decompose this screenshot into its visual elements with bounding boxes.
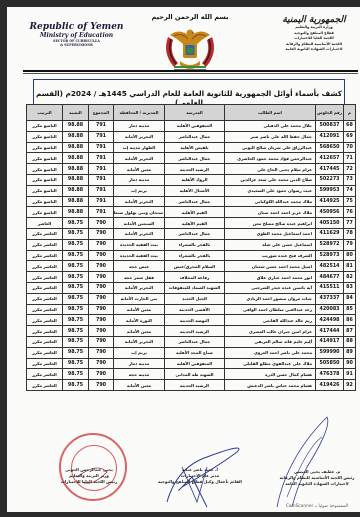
cell-seat: 528972: [316, 239, 344, 250]
cell-percent: 98.75: [63, 315, 89, 326]
cell-percent: 98.88: [63, 153, 89, 164]
cell-school: الرواد الأهلية: [165, 174, 225, 185]
cell-seat: 417445: [316, 164, 344, 175]
cell-percent: 98.88: [63, 164, 89, 175]
cell-total: 791: [89, 131, 114, 142]
cell-rank: العاشر مكرر: [27, 326, 63, 337]
cell-school: الجيل الجديد: [165, 293, 225, 304]
cell-district: يريم إب: [114, 185, 165, 196]
cell-rank: العاشر مكرر: [27, 304, 63, 315]
table-row: 71412657عبدالرحمن فؤاد محمد حمود الحاضري…: [27, 153, 356, 164]
basmala: بسم الله الرحمن الرحيم: [145, 13, 235, 21]
cell-percent: 98.75: [63, 347, 89, 358]
table-row: 84437337جنات مروان منصور احمد الزياديالج…: [27, 293, 356, 304]
cell-rank: العاشر مكرر: [27, 347, 63, 358]
cell-school: بلقيس الأهلية: [165, 142, 225, 153]
cell-district: مدينة حجة: [114, 369, 165, 380]
cell-name: آية ياسين عبده حيدر الشرجبي: [225, 282, 316, 293]
cell-index: 80: [344, 250, 356, 261]
cell-percent: 98.88: [63, 131, 89, 142]
cell-district: التحرير الأمانة: [114, 153, 165, 164]
cell-seat: 505850: [316, 358, 344, 369]
cell-seat: 412091: [316, 131, 344, 142]
cell-percent: 98.75: [63, 304, 89, 315]
col-header-index: م: [344, 105, 356, 121]
cell-total: 790: [89, 218, 114, 229]
cell-percent: 98.75: [63, 272, 89, 283]
table-row: 87417444عزام امين جبران غالب المصريالرشي…: [27, 326, 356, 337]
cell-seat: 450956: [316, 207, 344, 218]
col-header-percent: النسبة: [63, 105, 89, 121]
cell-rank: العاشر مكرر: [27, 261, 63, 272]
cell-district: مدينة ذمار: [114, 121, 165, 132]
cell-name: ملاك علي عبدالقوي مطلع القليلي: [225, 358, 316, 369]
table-row: 82484677انور محمد احمد غباري علاقرفاعة ا…: [27, 272, 356, 283]
cell-rank: العاشر مكرر: [27, 239, 63, 250]
cell-school: المتفوقين الأهلية: [165, 121, 225, 132]
cell-total: 790: [89, 380, 114, 391]
cell-total: 790: [89, 347, 114, 358]
cell-school: الأقصى الحديثة: [165, 304, 225, 315]
cell-rank: العاشر مكرر: [27, 315, 63, 326]
cell-school: بالفجر بالشعراء: [165, 239, 225, 250]
cell-index: 91: [344, 369, 356, 380]
cell-percent: 98.88: [63, 207, 89, 218]
cell-district: بيت الفقيه الحديدة: [114, 239, 165, 250]
cell-rank: التاسع مكرر: [27, 142, 63, 153]
cell-name: اسماعيل حسن علي شلة: [225, 239, 316, 250]
header-arabic-exams: لاختبارات الشهادة الثانوية العامة: [269, 47, 359, 53]
header-arabic-country: الجمهورية اليمنية: [269, 15, 359, 25]
table-row: 83415511آية ياسين عبده حيدر الشرجبيالشهي…: [27, 282, 356, 293]
table-row: 73502273صلاح الدين محمد علي سعد عزالدينا…: [27, 174, 356, 185]
cell-percent: 98.75: [63, 293, 89, 304]
cell-district: الثورة الأمانة: [114, 315, 165, 326]
cell-index: 84: [344, 293, 356, 304]
cell-index: 79: [344, 239, 356, 250]
cell-index: 83: [344, 282, 356, 293]
cell-percent: 98.88: [63, 121, 89, 132]
cell-rank: العاشر مكرر: [27, 272, 63, 283]
cell-seat: 568650: [316, 142, 344, 153]
cell-district: السبعين الأمانة: [114, 218, 165, 229]
table-row: 81482514اصيل محمد احمد حسن شعبانالسلام ا…: [27, 261, 356, 272]
cell-rank: العاشر مكرر: [27, 250, 63, 261]
cell-name: رغد عبدالغني سلطان احمد الوافي: [225, 304, 316, 315]
signer-title-middle-2: القائم بأعمال وكيل قطاع المناهج والتوجيه: [155, 479, 245, 485]
table-row: 85420083رغد عبدالغني سلطان احمد الوافيال…: [27, 304, 356, 315]
cell-rank: التاسع مكرر: [27, 131, 63, 142]
cell-seat: 528973: [316, 250, 344, 261]
cell-seat: 476378: [316, 369, 344, 380]
cell-percent: 98.75: [63, 358, 89, 369]
cell-rank: العاشر مكرر: [27, 369, 63, 380]
cell-seat: 415511: [316, 282, 344, 293]
cell-index: 92: [344, 380, 356, 391]
cell-school: المتفوقين الأهلية: [165, 358, 225, 369]
cell-seat: 482514: [316, 261, 344, 272]
cell-name: ملاك محمد عبدالله الكوكباني: [225, 196, 316, 207]
cell-seat: 420083: [316, 304, 344, 315]
cell-district: بني الحارث الأمانة: [114, 293, 165, 304]
cell-percent: 98.75: [63, 336, 89, 347]
cell-school: جمال عبدالناصر: [165, 196, 225, 207]
table-row: 79528972اسماعيل حسن علي شلةبالفجر بالشعر…: [27, 239, 356, 250]
col-header-total: المجموع: [89, 105, 114, 121]
cell-rank: التاسع مكرر: [27, 164, 63, 175]
cell-total: 790: [89, 304, 114, 315]
cell-percent: 98.88: [63, 185, 89, 196]
cell-total: 791: [89, 121, 114, 132]
table-row: 70568650عبدالرزاق علي شريان صالح البونيب…: [27, 142, 356, 153]
cell-name: جنات مروان منصور احمد الزيادي: [225, 293, 316, 304]
cell-district: معين الأمانة: [114, 304, 165, 315]
cell-district: معين الأمانة: [114, 164, 165, 175]
cell-rank: العاشر مكرر: [27, 358, 63, 369]
cell-percent: 98.75: [63, 326, 89, 337]
cell-index: 74: [344, 185, 356, 196]
header-country: Republic of Yemen: [29, 22, 124, 32]
table-body: 68500837جلال محمد علي الدفيليالمتفوقين ا…: [27, 121, 356, 391]
cell-total: 791: [89, 174, 114, 185]
cell-district: بيت الفقيه الحديدة: [114, 250, 165, 261]
cell-index: 85: [344, 304, 356, 315]
cell-percent: 98.75: [63, 380, 89, 391]
cell-school: بالفجر بالشعراء: [165, 250, 225, 261]
cell-school: الشهيد الصماد للمتفوقات: [165, 282, 225, 293]
cell-total: 790: [89, 336, 114, 347]
cell-name: ملاك عزيز احمد احمد ستان: [225, 207, 316, 218]
cell-seat: 417444: [316, 326, 344, 337]
cell-district: التحرير الأمانة: [114, 196, 165, 207]
cell-rank: العاشر مكرر: [27, 380, 63, 391]
cell-index: 81: [344, 261, 356, 272]
cell-seat: 599953: [316, 185, 344, 196]
cell-seat: 437337: [316, 293, 344, 304]
cell-seat: 405150: [316, 218, 344, 229]
cell-percent: 98.75: [63, 228, 89, 239]
cell-percent: 98.75: [63, 369, 89, 380]
table-row: 76450956ملاك عزيز احمد احمد ستانالقيم ال…: [27, 207, 356, 218]
table-row: 72417445عزام سلام يحيى الحاج عليالرشيد ا…: [27, 164, 356, 175]
cell-seat: 411629: [316, 228, 344, 239]
cell-index: 82: [344, 272, 356, 283]
cell-district: قفل شمر حجة: [114, 272, 165, 283]
cell-school: القيم الأهلية: [165, 218, 225, 229]
cell-name: ابراهيم عبده صالح مصلح معن: [225, 218, 316, 229]
cell-index: 69: [344, 131, 356, 142]
cell-school: الأشبال الأهلية: [165, 185, 225, 196]
cell-rank: التاسع مكرر: [27, 153, 63, 164]
cell-total: 790: [89, 369, 114, 380]
signer-title-left-2: رئيس اللجنة العليا للاختبارات: [49, 479, 129, 485]
cell-index: 71: [344, 153, 356, 164]
cell-district: الظهار مدينة إب: [114, 142, 165, 153]
cell-district: مدينة ذمار: [114, 174, 165, 185]
cell-seat: 414925: [316, 196, 344, 207]
cell-rank: التاسع مكرر: [27, 207, 63, 218]
cell-seat: 484677: [316, 272, 344, 283]
cell-name: هشام محمد عباس ناشر الدغيش: [225, 380, 316, 391]
cell-rank: العاشر مكرر: [27, 228, 63, 239]
table-row: 80528973الشرف فتح عبده شوريببالفجر بالشع…: [27, 250, 356, 261]
cell-district: مدينة ذمار: [114, 358, 165, 369]
cell-school: جمال عبدالناصر: [165, 153, 225, 164]
cell-district: معين الأمانة: [114, 380, 165, 391]
cell-percent: 98.88: [63, 142, 89, 153]
cell-name: جلال محمد علي الدفيلي: [225, 121, 316, 132]
cell-index: 76: [344, 207, 356, 218]
cell-school: الرشيد الحديثة: [165, 380, 225, 391]
cell-total: 790: [89, 358, 114, 369]
cell-school: الرشيد الحديثة: [165, 164, 225, 175]
cell-school: السلام المحرق/عبس: [165, 261, 225, 272]
cell-index: 68: [344, 121, 356, 132]
document-page: Republic of Yemen Ministry of Education …: [7, 7, 360, 512]
cell-rank: العاشر مكرر: [27, 282, 63, 293]
cell-index: 72: [344, 164, 356, 175]
cell-index: 90: [344, 358, 356, 369]
cell-school: الرشيد الحديثة: [165, 326, 225, 337]
cell-name: غيث رضوان حمود علي السعيدي: [225, 185, 316, 196]
cell-name: الشرف فتح عبده شوريب: [225, 250, 316, 261]
cell-seat: 424498: [316, 315, 344, 326]
cell-district: سنحان وبني بهلول صنعاء: [114, 207, 165, 218]
cell-school: جمال عبدالناصر: [165, 228, 225, 239]
table-row: 78411629احمد اسماعيل محمد الطويجمال عبدا…: [27, 228, 356, 239]
cell-index: 88: [344, 336, 356, 347]
cell-total: 790: [89, 239, 114, 250]
table-header-row: م رقم الجلوس اسم الطالب المدرسة المديرية…: [27, 105, 356, 121]
header-supervision: & SUPERVISIONR: [29, 43, 124, 47]
table-row: 77405150ابراهيم عبده صالح مصلح معنالقيم …: [27, 218, 356, 229]
cell-name: عزام امين جبران غالب المصري: [225, 326, 316, 337]
col-header-school: المدرسة: [165, 105, 225, 121]
cell-name: ريم خالد عبدالله القانعي: [225, 315, 316, 326]
cell-name: عبدالرزاق علي شريان صالح البوني: [225, 142, 316, 153]
cell-index: 87: [344, 326, 356, 337]
cell-school: صناع المجد الأهلية: [165, 347, 225, 358]
cell-total: 790: [89, 326, 114, 337]
cell-index: 73: [344, 174, 356, 185]
cell-district: عبس حجة: [114, 261, 165, 272]
col-header-name: اسم الطالب: [225, 105, 316, 121]
signature-block-middle: أ. حميد ناصر غناية مدير عام الاختبارات ا…: [155, 467, 245, 485]
cell-school: رفاعة المخلاف: [165, 272, 225, 283]
table-row: 69412091جمال حفظ الله علي ناصر صبرجمال ع…: [27, 131, 356, 142]
cell-index: 89: [344, 347, 356, 358]
cell-percent: 98.75: [63, 261, 89, 272]
cell-rank: التاسع مكرر: [27, 174, 63, 185]
cell-name: عبدالرحمن فؤاد محمد حمود الحاضري: [225, 153, 316, 164]
camscanner-watermark: الممسوحة ضوئيا بـ CamScanner: [286, 504, 348, 509]
cell-percent: 98.88: [63, 196, 89, 207]
cell-district: التحرير الأمانة: [114, 282, 165, 293]
cell-total: 790: [89, 315, 114, 326]
signature-block-left: يحيى عبدالرحمن الحوثي وزير التربية والتع…: [49, 467, 129, 485]
cell-total: 790: [89, 228, 114, 239]
cell-name: صلاح الدين محمد علي سعد عزالدين: [225, 174, 316, 185]
cell-district: معين الأمانة: [114, 326, 165, 337]
cell-rank: العاشر مكرر: [27, 293, 63, 304]
cell-seat: 412657: [316, 153, 344, 164]
cell-percent: 98.88: [63, 174, 89, 185]
table-row: 86424498ريم خالد عبدالله القانعيالنهضة ا…: [27, 315, 356, 326]
cell-district: التحرير الأمانة: [114, 131, 165, 142]
col-header-district: المديرية / المحافظة: [114, 105, 165, 121]
cell-total: 791: [89, 185, 114, 196]
cell-seat: 599990: [316, 347, 344, 358]
signature-block-right: م. عطيف يحيى العنسي رئيس اللجنة الأساسية…: [275, 469, 359, 487]
table-row: 88414917ألِيم عليم قائد سالم العريقيجمال…: [27, 336, 356, 347]
table-row: 75414925ملاك محمد عبدالله الكوكبانيجمال …: [27, 196, 356, 207]
cell-district: التحرير الأمانة: [114, 336, 165, 347]
cell-name: اصيل محمد احمد حسن شعبان: [225, 261, 316, 272]
cell-percent: 98.75: [63, 282, 89, 293]
cell-seat: 419426: [316, 380, 344, 391]
header-divider-thin: [23, 73, 358, 74]
cell-total: 791: [89, 153, 114, 164]
header-arabic-block: الجمهورية اليمنية وزارة التربية والتعليم…: [269, 15, 359, 53]
cell-school: القيم الأهلية: [165, 207, 225, 218]
table-row: 90505850ملاك علي عبدالقوي مطلع القليليال…: [27, 358, 356, 369]
cell-name: محمد علي ناصر احمد العروي: [225, 347, 316, 358]
table-row: 68500837جلال محمد علي الدفيليالمتفوقين ا…: [27, 121, 356, 132]
cell-district: يريم إب: [114, 347, 165, 358]
header-english-block: Republic of Yemen Ministry of Education …: [29, 22, 124, 47]
cell-name: انور محمد احمد غباري علاق: [225, 272, 316, 283]
table-row: 92419426هشام محمد عباس ناشر الدغيشالرشيد…: [27, 380, 356, 391]
cell-district: التحرير الأمانة: [114, 228, 165, 239]
cell-total: 791: [89, 164, 114, 175]
cell-index: 86: [344, 315, 356, 326]
cell-rank: العاشر: [27, 218, 63, 229]
table-row: 89599990محمد علي ناصر احمد العرويصناع ال…: [27, 347, 356, 358]
cell-school: جمال عبدالناصر: [165, 336, 225, 347]
cell-name: جمال حفظ الله علي ناصر صبر: [225, 131, 316, 142]
cell-rank: العاشر مكرر: [27, 336, 63, 347]
cell-total: 791: [89, 142, 114, 153]
cell-total: 790: [89, 293, 114, 304]
cell-rank: التاسع مكرر: [27, 121, 63, 132]
cell-index: 70: [344, 142, 356, 153]
cell-index: 78: [344, 228, 356, 239]
cell-rank: التاسع مكرر: [27, 196, 63, 207]
cell-total: 790: [89, 250, 114, 261]
cell-total: 790: [89, 272, 114, 283]
cell-seat: 414917: [316, 336, 344, 347]
cell-total: 791: [89, 207, 114, 218]
header-divider: [23, 70, 358, 72]
cell-seat: 502273: [316, 174, 344, 185]
cell-total: 790: [89, 261, 114, 272]
signer-title-right-2: لاختبارات الشهادة الثانوية العامة: [275, 481, 359, 487]
cell-total: 791: [89, 196, 114, 207]
cell-index: 75: [344, 196, 356, 207]
cell-name: احمد اسماعيل محمد الطوي: [225, 228, 316, 239]
cell-percent: 98.75: [63, 218, 89, 229]
cell-index: 77: [344, 218, 356, 229]
header-ministry: Ministry of Education: [29, 32, 124, 39]
cell-school: النهضة الحديثة: [165, 315, 225, 326]
cell-name: عزام سلام يحيى الحاج علي: [225, 164, 316, 175]
cell-name: ألِيم عليم قائد سالم العريقي: [225, 336, 316, 347]
col-header-rank: الترتيب: [27, 105, 63, 121]
yemen-eagle-emblem-icon: [160, 23, 220, 75]
signature-scribbles-icon: [7, 407, 360, 512]
results-table: م رقم الجلوس اسم الطالب المدرسة المديرية…: [26, 104, 356, 391]
col-header-seat: رقم الجلوس: [316, 105, 344, 121]
cell-percent: 98.75: [63, 250, 89, 261]
cell-school: جمال عبدالناصر: [165, 131, 225, 142]
table-row: 74599953غيث رضوان حمود علي السعيديالأشبا…: [27, 185, 356, 196]
cell-seat: 500837: [316, 121, 344, 132]
cell-school: الشهيد طه المداني: [165, 369, 225, 380]
cell-total: 790: [89, 282, 114, 293]
cell-name: هشام كمال حسن الذره: [225, 369, 316, 380]
table-row: 91476378هشام كمال حسن الذرهالشهيد طه الم…: [27, 369, 356, 380]
cell-percent: 98.75: [63, 239, 89, 250]
cell-rank: التاسع مكرر: [27, 185, 63, 196]
